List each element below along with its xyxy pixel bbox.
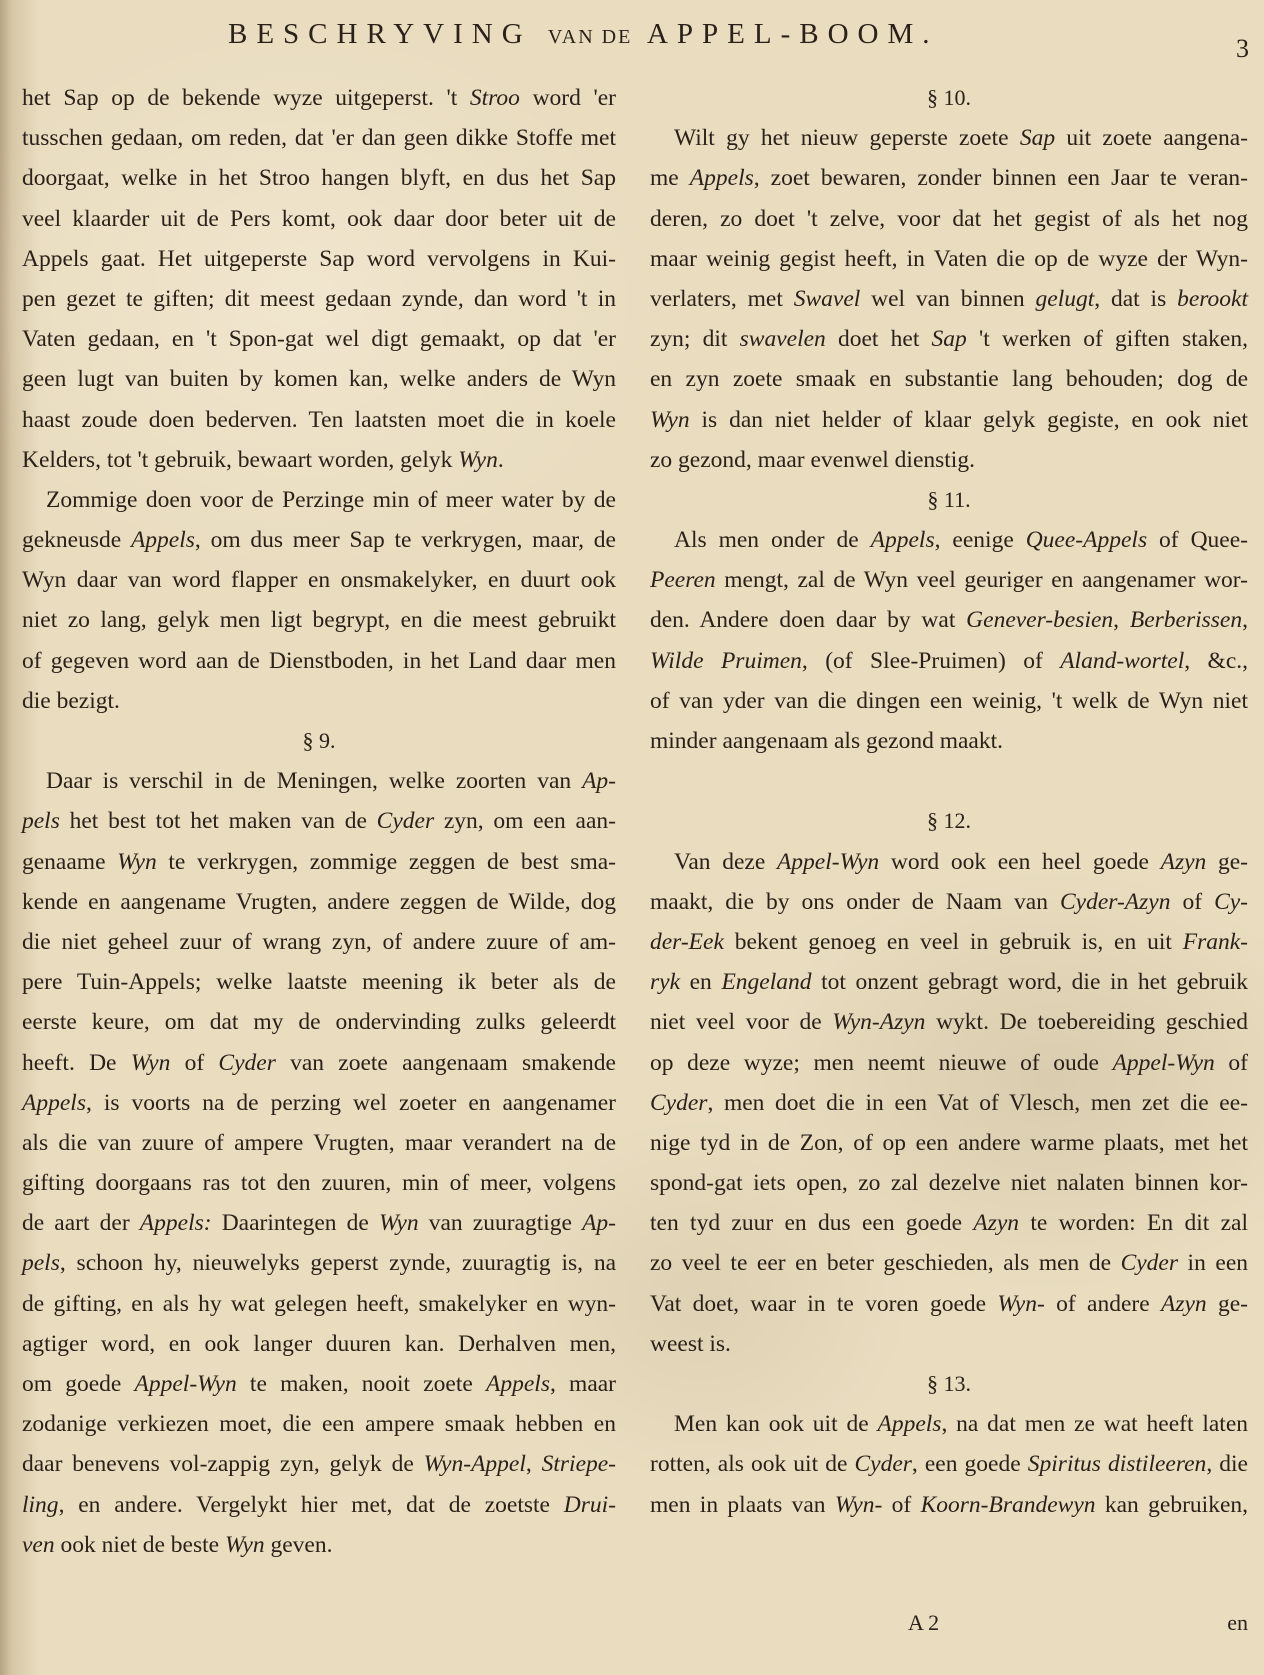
text-line: pere Tuin-Appels; welke laatste meening …: [22, 962, 616, 1002]
text-line: verlaters, met Swavel wel van binnen gel…: [650, 279, 1248, 319]
left-column: het Sap op de bekende wyze uitgeperst. '…: [22, 78, 616, 1565]
text-line: kende en aangename Vrugten, andere zegge…: [22, 882, 616, 922]
text-line: Appels gaat. Het uitgeperste Sap word ve…: [22, 239, 616, 279]
text-line: Cyder, men doet die in een Vat of Vlesch…: [650, 1083, 1248, 1123]
text-line: Zommige doen voor de Perzinge min of mee…: [22, 480, 616, 520]
text-line: ling, en andere. Vergelykt hier met, dat…: [22, 1485, 616, 1525]
text-line: Appels, is voorts na de perzing wel zoet…: [22, 1083, 616, 1123]
text-line: minder aangenaam als gezond maakt.: [650, 721, 1248, 761]
text-line: zo veel te eer en beter geschieden, als …: [650, 1243, 1248, 1283]
text-line: heeft. De Wyn of Cyder van zoete aangena…: [22, 1043, 616, 1083]
text-line: Men kan ook uit de Appels, na dat men ze…: [650, 1404, 1248, 1444]
text-line: tusschen gedaan, om reden, dat 'er dan g…: [22, 118, 616, 158]
catchword: en: [1227, 1610, 1248, 1636]
signature-mark: A 2: [908, 1610, 939, 1636]
text-line: het Sap op de bekende wyze uitgeperst. '…: [22, 78, 616, 118]
section-heading: § 13.: [650, 1364, 1248, 1404]
running-title-end: APPEL-BOOM.: [647, 18, 939, 50]
text-line: of van yder van die dingen een weinig, '…: [650, 681, 1248, 721]
text-line: die bezigt.: [22, 681, 616, 721]
blank-line: [650, 761, 1248, 801]
text-line: en zyn zoete smaak en substantie lang be…: [650, 359, 1248, 399]
section-heading: § 10.: [650, 78, 1248, 118]
text-line: maakt, die by ons onder de Naam van Cyde…: [650, 882, 1248, 922]
text-line: Peeren mengt, zal de Wyn veel geuriger e…: [650, 560, 1248, 600]
text-line: Daar is verschil in de Meningen, welke z…: [22, 761, 616, 801]
text-line: nige tyd in de Zon, of op een andere war…: [650, 1123, 1248, 1163]
text-line: agtiger word, en ook langer duuren kan. …: [22, 1324, 616, 1364]
text-line: Vaten gedaan, en 't Spon-gat wel digt ge…: [22, 319, 616, 359]
text-line: op deze wyze; men neemt nieuwe of oude A…: [650, 1043, 1248, 1083]
text-line: me Appels, zoet bewaren, zonder binnen e…: [650, 158, 1248, 198]
text-line: deren, zo doet 't zelve, voor dat het ge…: [650, 199, 1248, 239]
text-line: Vat doet, waar in te voren goede Wyn- of…: [650, 1284, 1248, 1324]
text-line: als die van zuure of ampere Vrugten, maa…: [22, 1123, 616, 1163]
text-line: haast zoude doen bederven. Ten laatsten …: [22, 400, 616, 440]
text-line: Wilt gy het nieuw geperste zoete Sap uit…: [650, 118, 1248, 158]
text-line: zodanige verkiezen moet, die een ampere …: [22, 1404, 616, 1444]
text-line: eerste keure, om dat my de ondervinding …: [22, 1002, 616, 1042]
text-line: pels, schoon hy, nieuwelyks geperst zynd…: [22, 1243, 616, 1283]
text-line: geen lugt van buiten by komen kan, welke…: [22, 359, 616, 399]
text-line: genaame Wyn te verkrygen, zommige zeggen…: [22, 842, 616, 882]
text-line: om goede Appel-Wyn te maken, nooit zoete…: [22, 1364, 616, 1404]
text-line: zo gezond, maar evenwel dienstig.: [650, 440, 1248, 480]
text-line: spond-gat iets open, zo zal dezelve niet…: [650, 1163, 1248, 1203]
text-line: Wilde Pruimen, (of Slee-Pruimen) of Alan…: [650, 641, 1248, 681]
text-line: de aart der Appels: Daarintegen de Wyn v…: [22, 1203, 616, 1243]
text-line: veel klaarder uit de Pers komt, ook daar…: [22, 199, 616, 239]
book-page: BESCHRYVING VAN DE APPEL-BOOM. 3 het Sap…: [0, 0, 1264, 1675]
section-heading: § 11.: [650, 480, 1248, 520]
page-number: 3: [1236, 34, 1249, 64]
running-head: BESCHRYVING VAN DE APPEL-BOOM. 3: [0, 18, 1264, 58]
text-line: doorgaat, welke in het Stroo hangen blyf…: [22, 158, 616, 198]
text-line: pen gezet te giften; dit meest gedaan zy…: [22, 279, 616, 319]
text-line: daar benevens vol-zappig zyn, gelyk de W…: [22, 1444, 616, 1484]
text-line: niet veel voor de Wyn-Azyn wykt. De toeb…: [650, 1002, 1248, 1042]
running-title-caps: BESCHRYVING: [228, 18, 532, 50]
text-line: Wyn is dan niet helder of klaar gelyk ge…: [650, 400, 1248, 440]
text-line: Van deze Appel-Wyn word ook een heel goe…: [650, 842, 1248, 882]
text-line: den. Andere doen daar by wat Genever-bes…: [650, 600, 1248, 640]
text-line: de gifting, en als hy wat gelegen heeft,…: [22, 1284, 616, 1324]
text-line: rotten, als ook uit de Cyder, een goede …: [650, 1444, 1248, 1484]
text-line: ten tyd zuur en dus een goede Azyn te wo…: [650, 1203, 1248, 1243]
text-line: men in plaats van Wyn- of Koorn-Brandewy…: [650, 1485, 1248, 1525]
text-line: maar weinig gegist heeft, in Vaten die o…: [650, 239, 1248, 279]
text-line: weest is.: [650, 1324, 1248, 1364]
text-line: die niet geheel zuur of wrang zyn, of an…: [22, 922, 616, 962]
text-line: der-Eek bekent genoeg en veel in gebruik…: [650, 922, 1248, 962]
right-column: § 10.Wilt gy het nieuw geperste zoete Sa…: [650, 78, 1248, 1525]
text-line: gifting doorgaans ras tot den zuuren, mi…: [22, 1163, 616, 1203]
running-title: BESCHRYVING VAN DE APPEL-BOOM.: [228, 18, 939, 51]
section-heading: § 9.: [22, 721, 616, 761]
text-line: Kelders, tot 't gebruik, bewaart worden,…: [22, 440, 616, 480]
running-title-mid: VAN DE: [548, 26, 632, 48]
text-line: pels het best tot het maken van de Cyder…: [22, 801, 616, 841]
text-line: niet zo lang, gelyk men ligt begrypt, en…: [22, 600, 616, 640]
text-line: ven ook niet de beste Wyn geven.: [22, 1525, 616, 1565]
section-heading: § 12.: [650, 801, 1248, 841]
text-line: Als men onder de Appels, eenige Quee-App…: [650, 520, 1248, 560]
page-footer: A 2 en: [650, 1600, 1248, 1640]
text-line: Wyn daar van word flapper en onsmakelyke…: [22, 560, 616, 600]
text-line: gekneusde Appels, om dus meer Sap te ver…: [22, 520, 616, 560]
text-line: zyn; dit swavelen doet het Sap 't werken…: [650, 319, 1248, 359]
text-line: ryk en Engeland tot onzent gebragt word,…: [650, 962, 1248, 1002]
text-line: of gegeven word aan de Dienstboden, in h…: [22, 641, 616, 681]
